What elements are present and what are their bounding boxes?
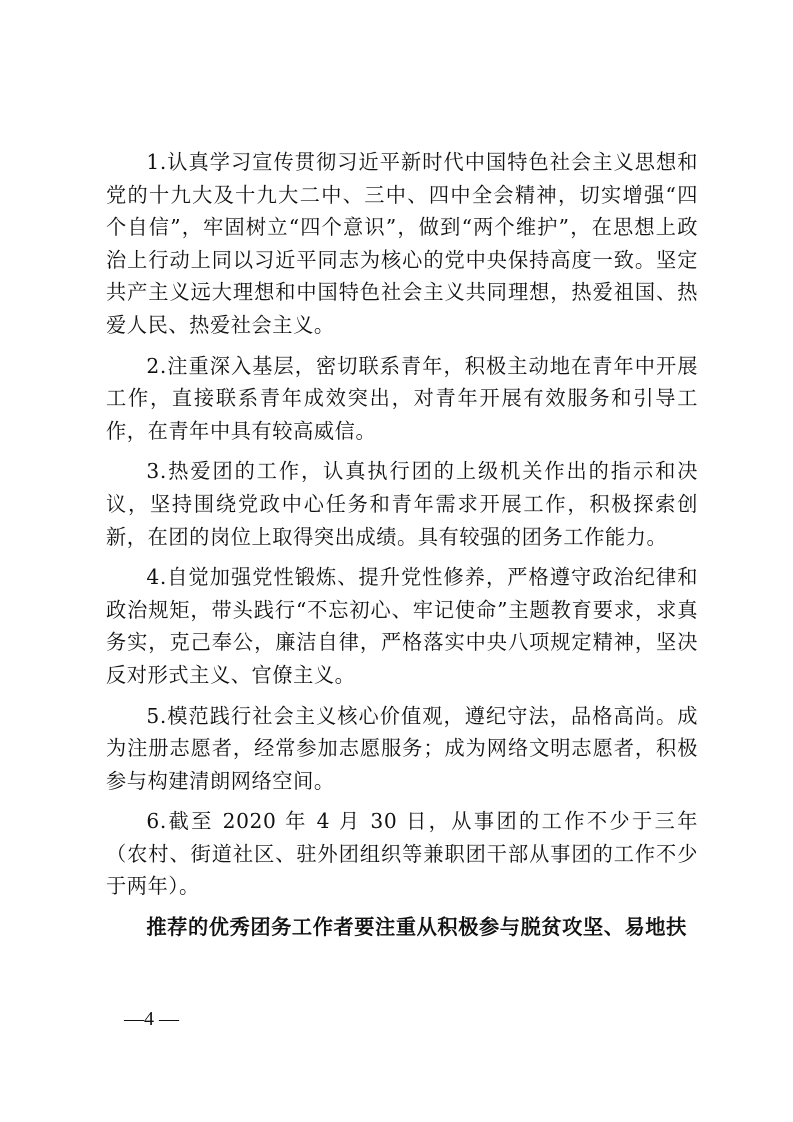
- criterion-paragraph-3: 3.热爱团的工作，认真执行团的上级机关作出的指示和决议，坚持围绕党政中心任务和青…: [106, 455, 698, 553]
- criterion-paragraph-6: 6.截至 2020 年 4 月 30 日，从事团的工作不少于三年（农村、街道社区…: [106, 805, 698, 903]
- document-body: 1.认真学习宣传贯彻习近平新时代中国特色社会主义思想和党的十九大及十九大二中、三…: [106, 146, 698, 952]
- document-page: 1.认真学习宣传贯彻习近平新时代中国特色社会主义思想和党的十九大及十九大二中、三…: [0, 0, 793, 1122]
- criterion-paragraph-4: 4.自觉加强党性锻炼、提升党性修养，严格遵守政治纪律和政治规矩，带头践行“不忘初…: [106, 561, 698, 691]
- page-number: —4 —: [124, 1008, 179, 1031]
- criterion-paragraph-1: 1.认真学习宣传贯彻习近平新时代中国特色社会主义思想和党的十九大及十九大二中、三…: [106, 146, 698, 342]
- criterion-paragraph-2: 2.注重深入基层，密切联系青年，积极主动地在青年中开展工作，直接联系青年成效突出…: [106, 350, 698, 448]
- criterion-paragraph-5: 5.模范践行社会主义核心价值观，遵纪守法，品格高尚。成为注册志愿者，经常参加志愿…: [106, 700, 698, 798]
- closing-bold-paragraph: 推荐的优秀团务工作者要注重从积极参与脱贫攻坚、易地扶: [106, 911, 698, 944]
